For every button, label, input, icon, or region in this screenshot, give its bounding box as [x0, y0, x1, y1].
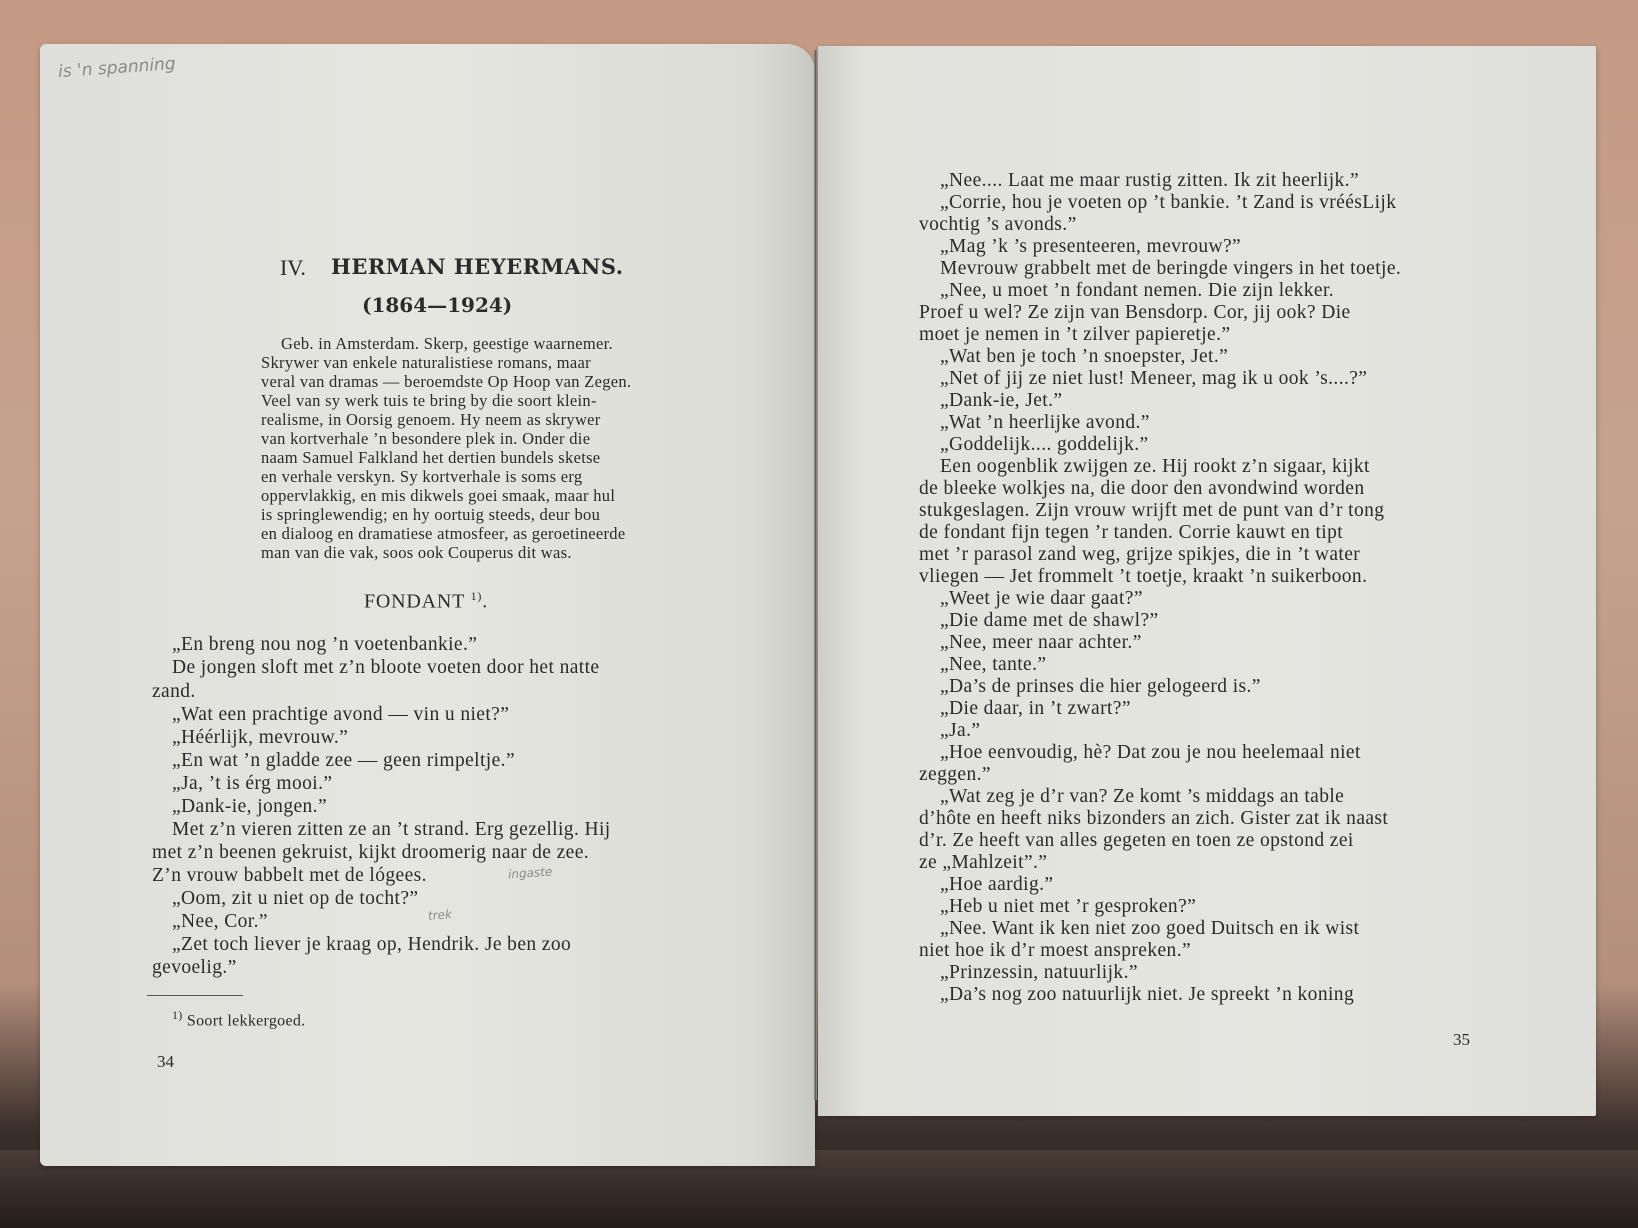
text-line: „Wat ’n heerlijke avond.” [940, 412, 1150, 434]
page-number-right: 35 [1453, 1030, 1470, 1050]
bio-line: man van die vak, soos ook Couperus dit w… [261, 543, 572, 562]
text-line: „En wat ’n gladde zee — geen rimpeltje.” [172, 750, 515, 772]
text-line: „Mag ’k ’s presenteeren, mevrouw?” [940, 236, 1241, 258]
text-line: „Nee, meer naar achter.” [940, 632, 1142, 654]
story-title: FONDANT 1). [364, 589, 488, 614]
text-line: „Da’s nog zoo natuurlijk niet. Je spreek… [940, 984, 1354, 1006]
text-line: „Nee, u moet ’n fondant nemen. Die zijn … [940, 280, 1334, 302]
bio-line: is springlewendig; en hy oortuig steeds,… [261, 505, 600, 524]
text-line: „Nee. Want ik ken niet zoo goed Duitsch … [940, 918, 1359, 940]
text-line: de bleeke wolkjes na, die door den avond… [919, 478, 1365, 500]
footnote-marker: 1) [172, 1008, 183, 1022]
book-spine [814, 50, 817, 1100]
text-line: vliegen — Jet frommelt ’t toetje, kraakt… [919, 566, 1367, 588]
text-line: „Heb u niet met ’r gesproken?” [940, 896, 1196, 918]
bio-line: naam Samuel Falkland het dertien bundels… [261, 448, 600, 467]
bio-line: Geb. in Amsterdam. Skerp, geestige waarn… [281, 334, 613, 353]
text-line: zand. [152, 681, 196, 703]
bio-line: Veel van sy werk tuis te bring by die so… [261, 391, 597, 410]
text-line: ze „Mahlzeit”.” [919, 852, 1047, 874]
footnote-rule [147, 995, 243, 996]
footnote-text: Soort lekkergoed. [187, 1012, 306, 1029]
text-line: „Wat ben je toch ’n snoepster, Jet.” [940, 346, 1228, 368]
text-line: „Prinzessin, natuurlijk.” [940, 962, 1138, 984]
chapter-title: HERMAN HEYERMANS. [331, 254, 624, 279]
author-years: (1864—1924) [362, 293, 512, 317]
text-line: „Wat een prachtige avond — vin u niet?” [172, 704, 509, 726]
bio-line: en verhale verskyn. Sy kortverhale is so… [261, 467, 582, 486]
text-line: zeggen.” [919, 764, 991, 786]
text-line: „Zet toch liever je kraag op, Hendrik. J… [172, 934, 571, 956]
text-line: „Héérlijk, mevrouw.” [172, 727, 348, 749]
text-line: „Hoe aardig.” [940, 874, 1053, 896]
bio-line: oppervlakkig, en mis dikwels goei smaak,… [261, 486, 615, 505]
bio-line: Skrywer van enkele naturalistiese romans… [261, 353, 591, 372]
text-line: Proef u wel? Ze zijn van Bensdorp. Cor, … [919, 302, 1351, 324]
story-title-text: FONDANT [364, 591, 465, 613]
text-line: moet je nemen in ’t zilver papieretje.” [919, 324, 1230, 346]
text-line: Met z’n vieren zitten ze an ’t strand. E… [172, 819, 611, 841]
text-line: Een oogenblik zwijgen ze. Hij rookt z’n … [940, 456, 1370, 478]
text-line: de fondant fijn tegen ’r tanden. Corrie … [919, 522, 1343, 544]
text-line: niet hoe ik d’r moest anspreken.” [919, 940, 1191, 962]
text-line: „Oom, zit u niet op de tocht?” [172, 888, 418, 910]
text-line: d’hôte en heeft niks bizonders an zich. … [919, 808, 1388, 830]
text-line: „Corrie, hou je voeten op ’t bankie. ’t … [940, 192, 1396, 214]
text-line: Z’n vrouw babbelt met de lógees. [152, 865, 427, 887]
page-number-left: 34 [157, 1052, 174, 1072]
text-line: „Hoe eenvoudig, hè? Dat zou je nou heele… [940, 742, 1361, 764]
text-line: „Weet je wie daar gaat?” [940, 588, 1143, 610]
text-line: „Ja.” [940, 720, 980, 742]
text-line: „Nee.... Laat me maar rustig zitten. Ik … [940, 170, 1359, 192]
text-line: „Dank-ie, Jet.” [940, 390, 1062, 412]
text-line: „En breng nou nog ’n voetenbankie.” [172, 634, 477, 656]
text-line: met ’r parasol zand weg, grijze spikjes,… [919, 544, 1360, 566]
chapter-number: IV. [280, 255, 306, 281]
text-line: „Die daar, in ’t zwart?” [940, 698, 1131, 720]
text-line: „Net of jij ze niet lust! Meneer, mag ik… [940, 368, 1367, 390]
pencil-annotation-trek: trek [428, 907, 453, 923]
text-line: „Da’s de prinses die hier gelogeerd is.” [940, 676, 1261, 698]
text-line: met z’n beenen gekruist, kijkt droomerig… [152, 842, 589, 864]
text-line: „Nee, Cor.” [172, 911, 268, 933]
text-line: „Goddelijk.... goddelijk.” [940, 434, 1149, 456]
footnote: 1) Soort lekkergoed. [172, 1008, 305, 1030]
bio-line: van kortverhale ’n besondere plek in. On… [261, 429, 590, 448]
text-line: „Wat zeg je d’r van? Ze komt ’s middags … [940, 786, 1344, 808]
text-line: „Die dame met de shawl?” [940, 610, 1159, 632]
text-line: gevoelig.” [152, 957, 237, 979]
text-line: d’r. Ze heeft van alles gegeten en toen … [919, 830, 1354, 852]
text-line: stukgeslagen. Zijn vrouw wrijft met de p… [919, 500, 1384, 522]
text-line: „Nee, tante.” [940, 654, 1046, 676]
text-line: Mevrouw grabbelt met de beringde vingers… [940, 258, 1401, 280]
text-line: vochtig ’s avonds.” [919, 214, 1077, 236]
bio-line: en dialoog en dramatiese atmosfeer, as g… [261, 524, 625, 543]
text-line: „Dank-ie, jongen.” [172, 796, 327, 818]
text-line: „Ja, ’t is érg mooi.” [172, 773, 332, 795]
bio-line: realisme, in Oorsig genoem. Hy neem as s… [261, 410, 601, 429]
text-line: De jongen sloft met z’n bloote voeten do… [172, 657, 599, 679]
footnote-reference: 1) [471, 589, 483, 603]
bio-line: veral van dramas — beroemdste Op Hoop va… [261, 372, 631, 391]
